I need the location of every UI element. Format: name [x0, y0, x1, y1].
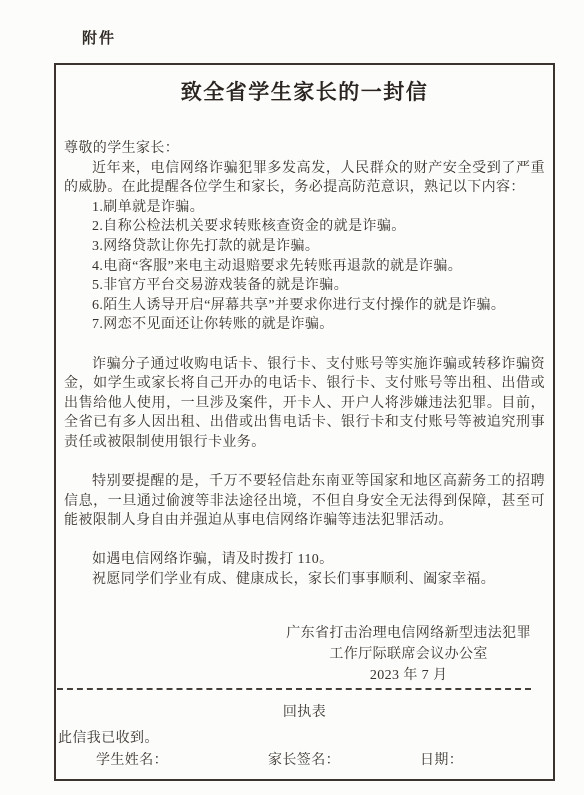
- fraud-rule-item: 3.网络贷款让你先打款的就是诈骗。: [64, 237, 545, 257]
- fraud-rule-item: 4.电商“客服”来电主动退赔要求先转账再退款的就是诈骗。: [64, 257, 545, 277]
- salutation: 尊敬的学生家长：: [64, 139, 545, 159]
- signature-org-line1: 广东省打击治理电信网络新型违法犯罪: [286, 623, 531, 644]
- paragraph-overseas-warning: 特别要提醒的是，千万不要轻信赴东南亚等国家和地区高薪务工的招聘信息，一旦通过偷渡…: [64, 472, 545, 531]
- fraud-rule-item: 1.刷单就是诈骗。: [64, 198, 545, 218]
- closing-line-hotline: 如遇电信网络诈骗，请及时拨打 110。: [64, 550, 545, 570]
- fraud-rule-item: 6.陌生人诱导开启“屏幕共享”并要求你进行支付操作的就是诈骗。: [64, 296, 545, 316]
- receipt-section: 回执表 此信我已收到。 学生姓名： 家长签名： 日期：: [56, 703, 553, 771]
- letter-title: 致全省学生家长的一封信: [56, 76, 553, 106]
- attachment-label: 附件: [82, 27, 116, 48]
- student-name-field-label: 学生姓名：: [96, 751, 168, 771]
- receipt-fields-row: 学生姓名： 家长签名： 日期：: [58, 751, 551, 771]
- fraud-rule-item: 2.自称公检法机关要求转账核查资金的就是诈骗。: [64, 217, 545, 237]
- letter-body: 尊敬的学生家长： 近年来，电信网络诈骗犯罪多发高发，人民群众的财产安全受到了严重…: [56, 139, 553, 686]
- paragraph-intro: 近年来，电信网络诈骗犯罪多发高发，人民群众的财产安全受到了严重的威胁。在此提醒各…: [64, 159, 545, 198]
- receipt-title: 回执表: [58, 703, 551, 723]
- letter-border-box: 致全省学生家长的一封信 尊敬的学生家长： 近年来，电信网络诈骗犯罪多发高发，人民…: [54, 63, 555, 781]
- signature-date: 2023 年 7 月: [286, 665, 531, 686]
- tear-off-dashed-divider: [57, 688, 531, 690]
- date-field-label: 日期：: [420, 751, 463, 771]
- signature-block: 广东省打击治理电信网络新型违法犯罪 工作厅际联席会议办公室 2023 年 7 月: [286, 623, 531, 686]
- scanned-letter-page: { "attachment_label": "附件", "title": "致全…: [0, 0, 584, 795]
- fraud-rule-item: 7.网恋不见面还让你转账的就是诈骗。: [64, 315, 545, 335]
- parent-signature-field-label: 家长签名：: [268, 751, 340, 771]
- receipt-acknowledgement: 此信我已收到。: [58, 729, 551, 749]
- closing-line-wishes: 祝愿同学们学业有成、健康成长，家长们事事顺利、阖家幸福。: [64, 570, 545, 590]
- paragraph-card-warning: 诈骗分子通过收购电话卡、银行卡、支付账号等实施诈骗或转移诈骗资金，如学生或家长将…: [64, 355, 545, 453]
- signature-org-line2: 工作厅际联席会议办公室: [286, 644, 531, 665]
- fraud-rule-item: 5.非官方平台交易游戏装备的就是诈骗。: [64, 276, 545, 296]
